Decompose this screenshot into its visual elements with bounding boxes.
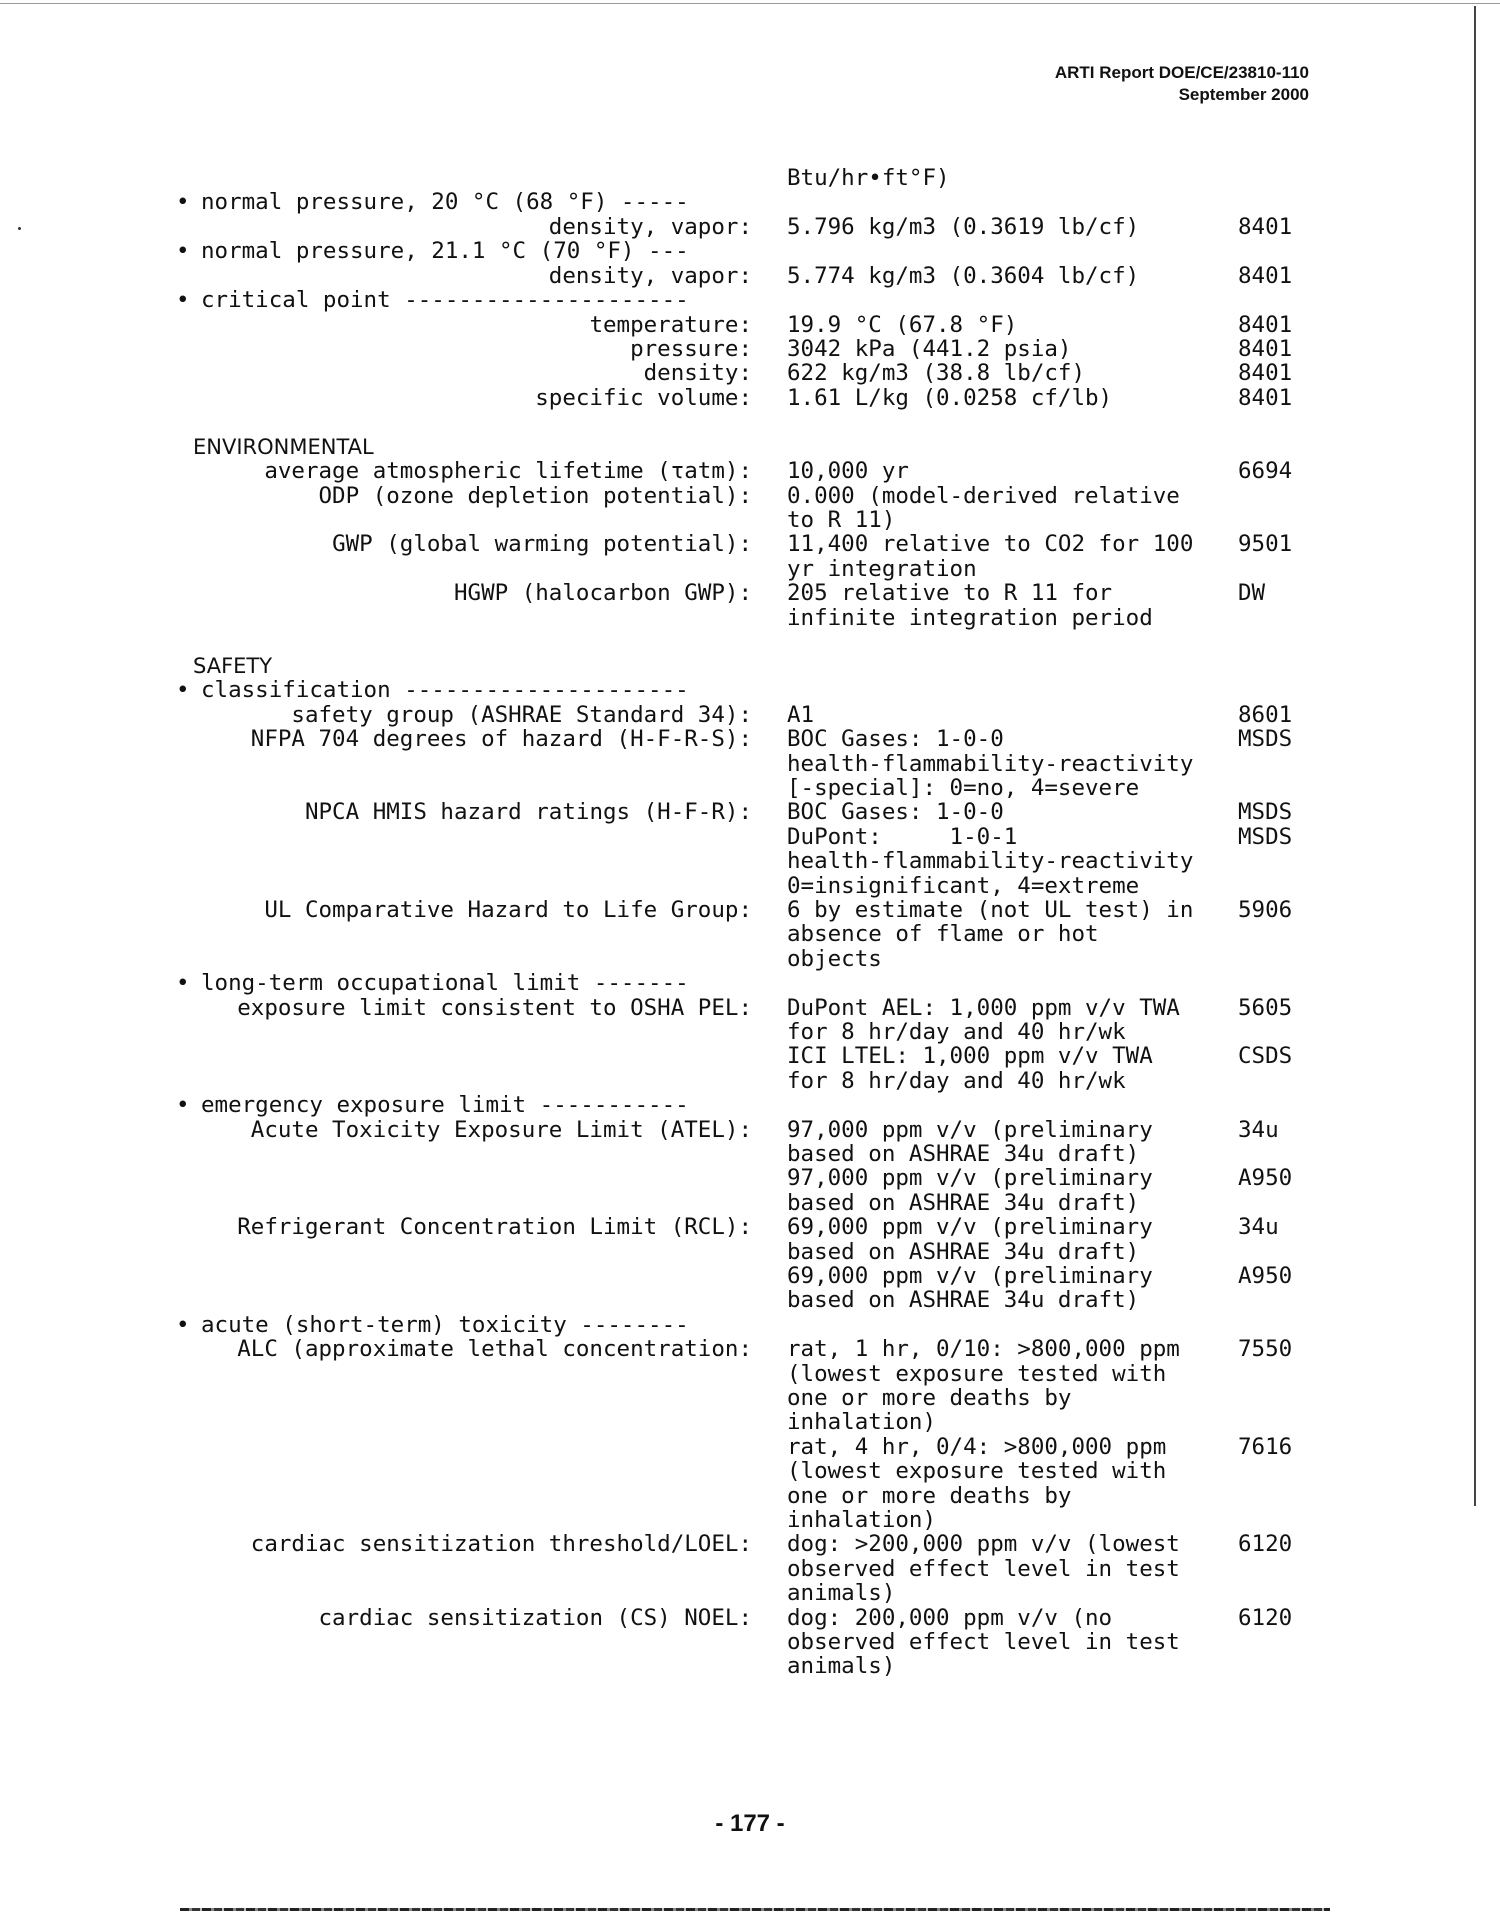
property-value: 3042 kPa (441.2 psia) [787,337,1071,362]
property-row: Acute Toxicity Exposure Limit (ATEL):97,… [0,1118,1500,1143]
property-value: absence of flame or hot [787,922,1099,947]
property-row: average atmospheric lifetime (τatm):10,0… [0,459,1500,484]
bullet-heading-text: long-term occupational limit ------- [201,971,689,996]
scan-top-edge [0,3,1500,4]
property-label: density, vapor: [549,215,752,240]
property-value: 1.61 L/kg (0.0258 cf/lb) [787,386,1112,411]
property-label: cardiac sensitization threshold/LOEL: [251,1532,752,1557]
bullet-icon: • [176,1093,203,1118]
property-value: observed effect level in test [787,1557,1180,1582]
continuation-row: 69,000 ppm v/v (preliminaryA950 [0,1264,1500,1289]
reference-code: 9501 [1238,532,1292,557]
continuation-row: based on ASHRAE 34u draft) [0,1142,1500,1167]
continuation-row: one or more deaths by [0,1484,1500,1509]
property-label: NFPA 704 degrees of hazard (H-F-R-S): [251,727,752,752]
continuation-row: observed effect level in test [0,1557,1500,1582]
property-value: animals) [787,1581,895,1606]
property-value: ICI LTEL: 1,000 ppm v/v TWA [787,1044,1153,1069]
page-number: - 177 - [0,1810,1500,1838]
property-label: average atmospheric lifetime (τatm): [264,459,752,484]
continuation-row: health-flammability-reactivity [0,849,1500,874]
bullet-heading-text: critical point --------------------- [201,288,689,313]
continuation-row: one or more deaths by [0,1386,1500,1411]
property-label: NPCA HMIS hazard ratings (H-F-R): [305,800,752,825]
reference-code: 5605 [1238,996,1292,1021]
property-row: exposure limit consistent to OSHA PEL:Du… [0,996,1500,1021]
property-value: A1 [787,703,814,728]
property-value: based on ASHRAE 34u draft) [787,1288,1139,1313]
section-heading-text: ENVIRONMENTAL [193,435,374,460]
bullet-heading-text: acute (short-term) toxicity -------- [201,1313,689,1338]
reference-code: 8601 [1238,703,1292,728]
property-value: dog: >200,000 ppm v/v (lowest [787,1532,1180,1557]
continuation-row: inhalation) [0,1508,1500,1533]
property-value: objects [787,947,882,972]
continuation-row: animals) [0,1654,1500,1679]
property-label: ODP (ozone depletion potential): [319,484,752,509]
continuation-row: (lowest exposure tested with [0,1362,1500,1387]
bullet-heading-text: emergency exposure limit ----------- [201,1093,689,1118]
property-value: health-flammability-reactivity [787,752,1193,777]
continuation-row: objects [0,947,1500,972]
section-heading: SAFETY [0,654,1500,679]
property-label: density, vapor: [549,264,752,289]
continuation-row: based on ASHRAE 34u draft) [0,1240,1500,1265]
continuation-row: Btu/hr•ft°F) [0,166,1500,191]
property-value: 205 relative to R 11 for [787,581,1112,606]
continuation-row: yr integration [0,557,1500,582]
section-heading: ENVIRONMENTAL [0,435,1500,460]
property-label: GWP (global warming potential): [332,532,752,557]
reference-code: 8401 [1238,215,1292,240]
property-row: cardiac sensitization threshold/LOEL:dog… [0,1532,1500,1557]
property-label: specific volume: [535,386,752,411]
property-row: HGWP (halocarbon GWP):205 relative to R … [0,581,1500,606]
property-value: for 8 hr/day and 40 hr/wk [787,1020,1126,1045]
property-value: one or more deaths by [787,1386,1071,1411]
reference-code: A950 [1238,1166,1292,1191]
bullet-heading-text: normal pressure, 21.1 °C (70 °F) --- [201,239,689,264]
property-value: one or more deaths by [787,1484,1071,1509]
reference-code: 8401 [1238,337,1292,362]
reference-code: 34u [1238,1118,1279,1143]
property-value: health-flammability-reactivity [787,849,1193,874]
bullet-heading: • classification --------------------- [0,678,1500,703]
property-row: GWP (global warming potential):11,400 re… [0,532,1500,557]
continuation-row: rat, 4 hr, 0/4: >800,000 ppm7616 [0,1435,1500,1460]
reference-code: 6120 [1238,1606,1292,1631]
continuation-row: inhalation) [0,1410,1500,1435]
reference-code: MSDS [1238,800,1292,825]
property-value: yr integration [787,557,977,582]
bullet-icon: • [176,288,203,313]
continuation-row: absence of flame or hot [0,922,1500,947]
property-value: inhalation) [787,1508,936,1533]
scan-bottom-artifact [180,1908,1330,1911]
property-row: cardiac sensitization (CS) NOEL:dog: 200… [0,1606,1500,1631]
property-value: based on ASHRAE 34u draft) [787,1240,1139,1265]
property-value: dog: 200,000 ppm v/v (no [787,1606,1112,1631]
property-value: rat, 4 hr, 0/4: >800,000 ppm [787,1435,1166,1460]
bullet-heading: • critical point --------------------- [0,288,1500,313]
continuation-row: [-special]: 0=no, 4=severe [0,776,1500,801]
property-label: HGWP (halocarbon GWP): [454,581,752,606]
property-value: BOC Gases: 1-0-0 [787,727,1004,752]
property-value: [-special]: 0=no, 4=severe [787,776,1139,801]
continuation-row: (lowest exposure tested with [0,1459,1500,1484]
report-id: ARTI Report DOE/CE/23810-110 [1055,62,1309,84]
property-label: pressure: [630,337,752,362]
property-value: 69,000 ppm v/v (preliminary [787,1215,1153,1240]
property-value: 0.000 (model-derived relative [787,484,1180,509]
property-row: NFPA 704 degrees of hazard (H-F-R-S):BOC… [0,727,1500,752]
continuation-row: health-flammability-reactivity [0,752,1500,777]
section-heading-text: SAFETY [193,654,272,679]
property-label: safety group (ASHRAE Standard 34): [291,703,752,728]
property-value: inhalation) [787,1410,936,1435]
property-value: Btu/hr•ft°F) [787,166,950,191]
reference-code: DW [1238,581,1265,606]
property-value: 5.774 kg/m3 (0.3604 lb/cf) [787,264,1139,289]
property-row: specific volume:1.61 L/kg (0.0258 cf/lb)… [0,386,1500,411]
property-value: rat, 1 hr, 0/10: >800,000 ppm [787,1337,1180,1362]
continuation-row: 97,000 ppm v/v (preliminaryA950 [0,1166,1500,1191]
property-row: ODP (ozone depletion potential):0.000 (m… [0,484,1500,509]
property-value: 69,000 ppm v/v (preliminary [787,1264,1153,1289]
continuation-row: for 8 hr/day and 40 hr/wk [0,1020,1500,1045]
property-label: temperature: [589,313,752,338]
reference-code: MSDS [1238,727,1292,752]
bullet-heading: • emergency exposure limit ----------- [0,1093,1500,1118]
continuation-row: observed effect level in test [0,1630,1500,1655]
reference-code: CSDS [1238,1044,1292,1069]
bullet-heading: • acute (short-term) toxicity -------- [0,1313,1500,1338]
property-label: UL Comparative Hazard to Life Group: [264,898,752,923]
property-value: (lowest exposure tested with [787,1459,1166,1484]
reference-code: 5906 [1238,898,1292,923]
property-value: 97,000 ppm v/v (preliminary [787,1118,1153,1143]
continuation-row: for 8 hr/day and 40 hr/wk [0,1069,1500,1094]
property-label: density: [644,361,752,386]
property-value: (lowest exposure tested with [787,1362,1166,1387]
property-value: 19.9 °C (67.8 °F) [787,313,1017,338]
property-value: based on ASHRAE 34u draft) [787,1142,1139,1167]
property-row: pressure:3042 kPa (441.2 psia)8401 [0,337,1500,362]
property-value: for 8 hr/day and 40 hr/wk [787,1069,1126,1094]
continuation-row: based on ASHRAE 34u draft) [0,1288,1500,1313]
property-row: UL Comparative Hazard to Life Group:6 by… [0,898,1500,923]
reference-code: A950 [1238,1264,1292,1289]
bullet-heading: • normal pressure, 21.1 °C (70 °F) --- [0,239,1500,264]
continuation-row: infinite integration period [0,606,1500,631]
reference-code: 6694 [1238,459,1292,484]
reference-code: 7550 [1238,1337,1292,1362]
property-label: Acute Toxicity Exposure Limit (ATEL): [251,1118,752,1143]
reference-code: 8401 [1238,361,1292,386]
reference-code: 7616 [1238,1435,1292,1460]
property-row: Refrigerant Concentration Limit (RCL):69… [0,1215,1500,1240]
property-value: to R 11) [787,508,895,533]
property-value: 97,000 ppm v/v (preliminary [787,1166,1153,1191]
property-label: cardiac sensitization (CS) NOEL: [319,1606,752,1631]
property-label: Refrigerant Concentration Limit (RCL): [237,1215,752,1240]
property-row: density, vapor:5.774 kg/m3 (0.3604 lb/cf… [0,264,1500,289]
property-row: density:622 kg/m3 (38.8 lb/cf)8401 [0,361,1500,386]
bullet-heading: • long-term occupational limit ------- [0,971,1500,996]
property-value: observed effect level in test [787,1630,1180,1655]
bullet-icon: • [176,1313,203,1338]
continuation-row: animals) [0,1581,1500,1606]
bullet-icon: • [176,971,203,996]
property-value: DuPont: 1-0-1 [787,825,1017,850]
property-value: infinite integration period [787,606,1153,631]
property-value: BOC Gases: 1-0-0 [787,800,1004,825]
property-value: 6 by estimate (not UL test) in [787,898,1193,923]
continuation-row: DuPont: 1-0-1MSDS [0,825,1500,850]
reference-code: 8401 [1238,264,1292,289]
bullet-icon: • [176,239,203,264]
reference-code: 34u [1238,1215,1279,1240]
report-date: September 2000 [1055,84,1309,106]
property-row: temperature:19.9 °C (67.8 °F)8401 [0,313,1500,338]
continuation-row: based on ASHRAE 34u draft) [0,1191,1500,1216]
property-value: based on ASHRAE 34u draft) [787,1191,1139,1216]
property-value: DuPont AEL: 1,000 ppm v/v TWA [787,996,1180,1021]
reference-code: 8401 [1238,386,1292,411]
bullet-icon: • [176,678,203,703]
continuation-row: 0=insignificant, 4=extreme [0,874,1500,899]
property-value: 0=insignificant, 4=extreme [787,874,1139,899]
property-row: safety group (ASHRAE Standard 34):A18601 [0,703,1500,728]
bullet-heading-text: classification --------------------- [201,678,689,703]
property-row: density, vapor:5.796 kg/m3 (0.3619 lb/cf… [0,215,1500,240]
continuation-row: ICI LTEL: 1,000 ppm v/v TWACSDS [0,1044,1500,1069]
bullet-heading-text: normal pressure, 20 °C (68 °F) ----- [201,190,689,215]
property-value: animals) [787,1654,895,1679]
property-value: 622 kg/m3 (38.8 lb/cf) [787,361,1085,386]
reference-code: 6120 [1238,1532,1292,1557]
report-header: ARTI Report DOE/CE/23810-110 September 2… [1055,62,1309,106]
property-label: ALC (approximate lethal concentration: [237,1337,752,1362]
property-value: 10,000 yr [787,459,909,484]
property-label: exposure limit consistent to OSHA PEL: [237,996,752,1021]
property-row: ALC (approximate lethal concentration:ra… [0,1337,1500,1362]
bullet-heading: • normal pressure, 20 °C (68 °F) ----- [0,190,1500,215]
property-value: 11,400 relative to CO2 for 100 [787,532,1193,557]
property-row: NPCA HMIS hazard ratings (H-F-R):BOC Gas… [0,800,1500,825]
property-value: 5.796 kg/m3 (0.3619 lb/cf) [787,215,1139,240]
bullet-icon: • [176,190,203,215]
continuation-row: to R 11) [0,508,1500,533]
reference-code: 8401 [1238,313,1292,338]
reference-code: MSDS [1238,825,1292,850]
